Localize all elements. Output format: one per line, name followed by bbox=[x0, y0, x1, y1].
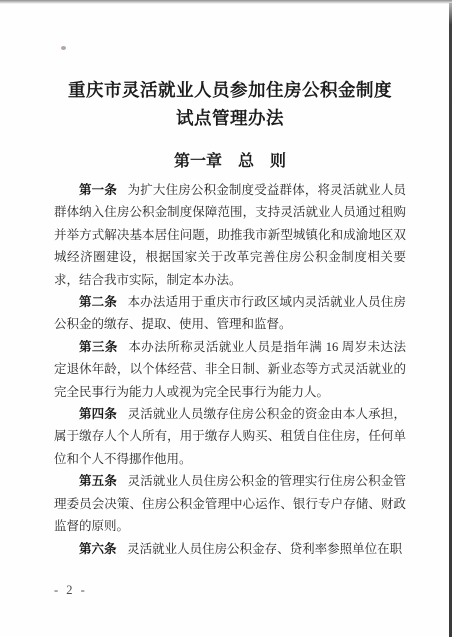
document-title: 重庆市灵活就业人员参加住房公积金制度试点管理办法 bbox=[54, 76, 406, 132]
article-6-text: 灵活就业人员住房公积金存、贷利率参照单位在职 bbox=[127, 542, 402, 556]
document-title-line-1: 重庆市灵活就业人员参加住房公积金制度 bbox=[68, 80, 392, 100]
document-title-line-2: 试点管理办法 bbox=[176, 108, 284, 128]
article-6: 第六条灵活就业人员住房公积金存、贷利率参照单位在职 bbox=[54, 538, 406, 560]
article-6-label: 第六条 bbox=[79, 542, 117, 556]
article-4: 第四条灵活就业人员缴存住房公积金的资金由本人承担，属于缴存人个人所有，用于缴存人… bbox=[54, 403, 406, 470]
document-content: 重庆市灵活就业人员参加住房公积金制度试点管理办法 第一章 总 则 第一条为扩大住… bbox=[54, 0, 406, 560]
scanned-document-page: 重庆市灵活就业人员参加住房公积金制度试点管理办法 第一章 总 则 第一条为扩大住… bbox=[0, 0, 452, 637]
articles-body: 第一条为扩大住房公积金制度受益群体，将灵活就业人员群体纳入住房公积金制度保障范围… bbox=[54, 179, 406, 560]
chapter-heading: 第一章 总 则 bbox=[54, 149, 406, 174]
article-2-label: 第二条 bbox=[79, 295, 117, 309]
article-1-label: 第一条 bbox=[79, 183, 117, 197]
article-3-label: 第三条 bbox=[79, 340, 118, 354]
article-3: 第三条本办法所称灵活就业人员是指年满 16 周岁未达法定退休年龄，以个体经营、非… bbox=[54, 336, 406, 403]
article-2: 第二条本办法适用于重庆市行政区域内灵活就业人员住房公积金的缴存、提取、使用、管理… bbox=[54, 291, 406, 336]
article-4-label: 第四条 bbox=[79, 407, 117, 421]
page-number: - 2 - bbox=[54, 583, 87, 598]
article-5: 第五条灵活就业人员住房公积金的管理实行住房公积金管理委员会决策、住房公积金管理中… bbox=[54, 470, 406, 537]
article-5-label: 第五条 bbox=[79, 474, 117, 488]
article-1-text: 为扩大住房公积金制度受益群体，将灵活就业人员群体纳入住房公积金制度保障范围，支持… bbox=[54, 183, 406, 287]
article-1: 第一条为扩大住房公积金制度受益群体，将灵活就业人员群体纳入住房公积金制度保障范围… bbox=[54, 179, 406, 291]
